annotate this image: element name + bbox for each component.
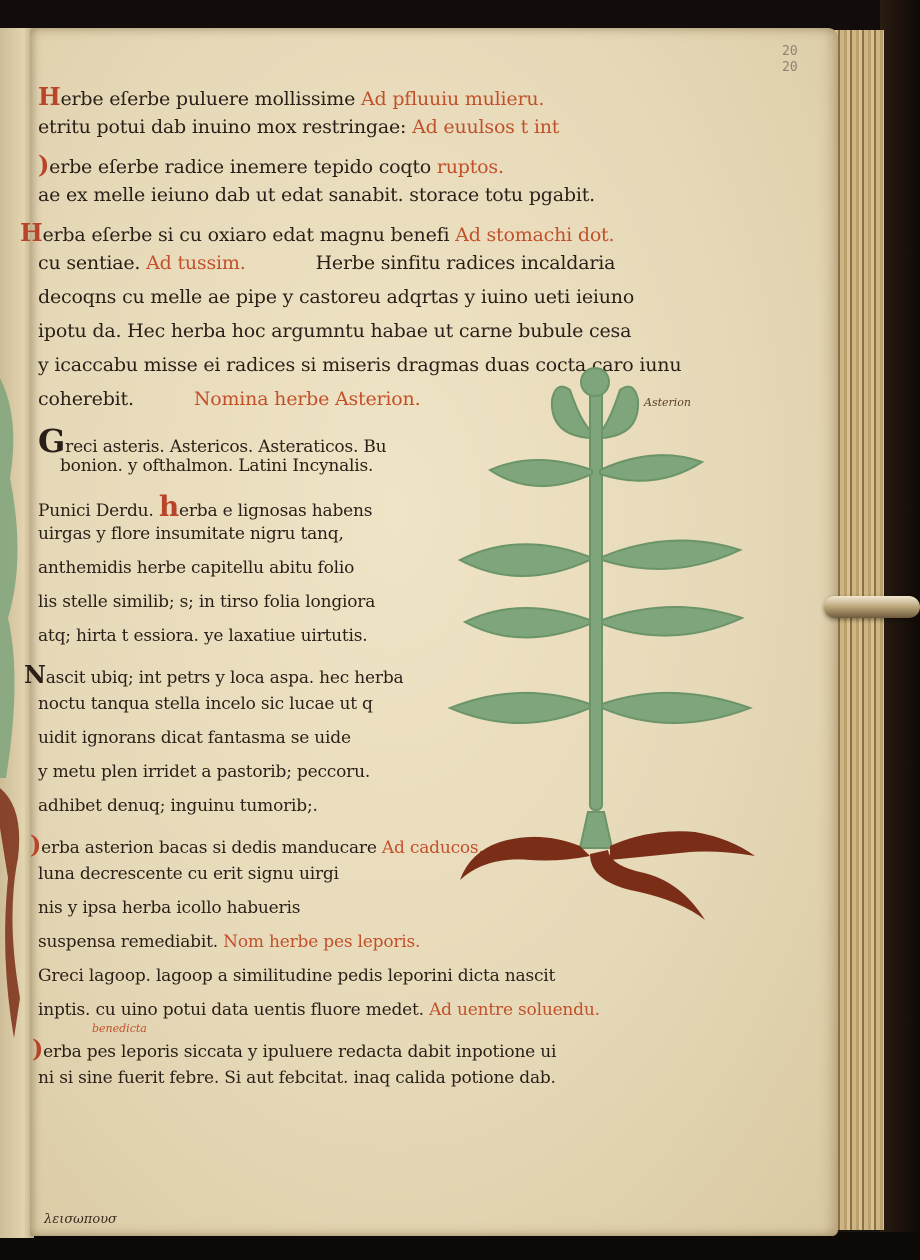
plant-label: Asterion bbox=[644, 396, 691, 409]
text-line: Herba eſerbe si cu oxiaro edat magnu ben… bbox=[20, 218, 614, 247]
text-line: noctu tanqua stella incelo sic lucae ut … bbox=[38, 694, 373, 714]
initial-letter: ) bbox=[38, 150, 49, 179]
text-line: cu sentiae. Ad tussim.Herbe sinfitu radi… bbox=[38, 252, 615, 274]
text-line: atq; hirta t essiora. ye laxatiue uirtut… bbox=[38, 626, 367, 646]
text-line: ni si sine fuerit febre. Si aut febcitat… bbox=[38, 1068, 556, 1088]
text-line: ipotu da. Hec herba hoc argumntu habae u… bbox=[38, 320, 631, 342]
rubric: Nomina herbe Asterion. bbox=[194, 388, 421, 410]
text-line: y metu plen irridet a pastorib; peccoru. bbox=[38, 762, 370, 782]
text-line: Greci asteris. Astericos. Asteraticos. B… bbox=[38, 422, 386, 460]
rubric: Ad uentre soluendu. bbox=[429, 1000, 600, 1020]
folio-number-2: 20 bbox=[782, 60, 798, 76]
text-line: nis y ipsa herba icollo habueris bbox=[38, 898, 300, 918]
initial-letter: ) bbox=[32, 1034, 43, 1063]
text-line: etritu potui dab inuino mox restringae: … bbox=[38, 116, 559, 138]
rubric: Ad pfluuiu mulieru. bbox=[361, 88, 544, 110]
text-line: ae ex melle ieiuno dab ut edat sanabit. … bbox=[38, 184, 595, 206]
rubric: ruptos. bbox=[437, 156, 504, 178]
rubric: Ad tussim. bbox=[146, 252, 245, 274]
initial-letter: h bbox=[159, 490, 179, 523]
text-line: )erba asterion bacas si dedis manducare … bbox=[30, 830, 484, 859]
text-line: adhibet denuq; inguinu tumorib;. bbox=[38, 796, 318, 816]
previous-page-edge bbox=[0, 28, 34, 1238]
asterion-plant-illustration bbox=[440, 360, 780, 920]
text-line: Nascit ubiq; int petrs y loca aspa. hec … bbox=[24, 660, 403, 689]
page-edges bbox=[832, 30, 884, 1230]
bottom-margin-note: λεισωπουσ bbox=[44, 1212, 117, 1227]
initial-letter: G bbox=[38, 422, 65, 460]
book-binding-right bbox=[880, 0, 920, 1260]
text-line: )erbe eſerbe radice inemere tepido coqto… bbox=[38, 150, 504, 179]
text-line: suspensa remediabit. Nom herbe pes lepor… bbox=[38, 932, 420, 952]
bookmark-clip bbox=[824, 596, 920, 618]
text-line: uidit ignorans dicat fantasma se uide bbox=[38, 728, 351, 748]
text-line: Punici Derdu. herba e lignosas habens bbox=[38, 490, 372, 523]
initial-letter: N bbox=[24, 660, 46, 689]
folio-number-1: 20 bbox=[782, 44, 798, 60]
initial-letter: ) bbox=[30, 830, 41, 859]
text-line: uirgas y flore insumitate nigru tanq, bbox=[38, 524, 344, 544]
book-binding-bottom bbox=[0, 1232, 920, 1260]
initial-letter: H bbox=[38, 82, 60, 111]
rubric: Ad euulsos t int bbox=[412, 116, 559, 138]
rubric: Ad stomachi dot. bbox=[455, 224, 614, 246]
text-line: decoqns cu melle ae pipe y castoreu adqr… bbox=[38, 286, 634, 308]
rubric: Nom herbe pes leporis. bbox=[223, 932, 420, 952]
initial-letter: H bbox=[20, 218, 42, 247]
text-line: inptis. cu uino potui data uentis fluore… bbox=[38, 1000, 600, 1020]
text-line: bonion. y ofthalmon. Latini Incynalis. bbox=[60, 456, 373, 476]
text-line: lis stelle similib; s; in tirso folia lo… bbox=[38, 592, 375, 612]
previous-page-plant-icon bbox=[0, 358, 34, 1058]
text-line: Herbe eſerbe puluere mollissime Ad pfluu… bbox=[38, 82, 544, 111]
folio-number: 20 20 bbox=[782, 44, 798, 76]
text-line: Greci lagoop. lagoop a similitudine pedi… bbox=[38, 966, 555, 986]
text-line: anthemidis herbe capitellu abitu folio bbox=[38, 558, 354, 578]
text-line: luna decrescente cu erit signu uirgi bbox=[38, 864, 339, 884]
text-line: )erba pes leporis siccata y ipuluere red… bbox=[32, 1034, 556, 1063]
text-line: coherebit.Nomina herbe Asterion. bbox=[38, 388, 420, 410]
